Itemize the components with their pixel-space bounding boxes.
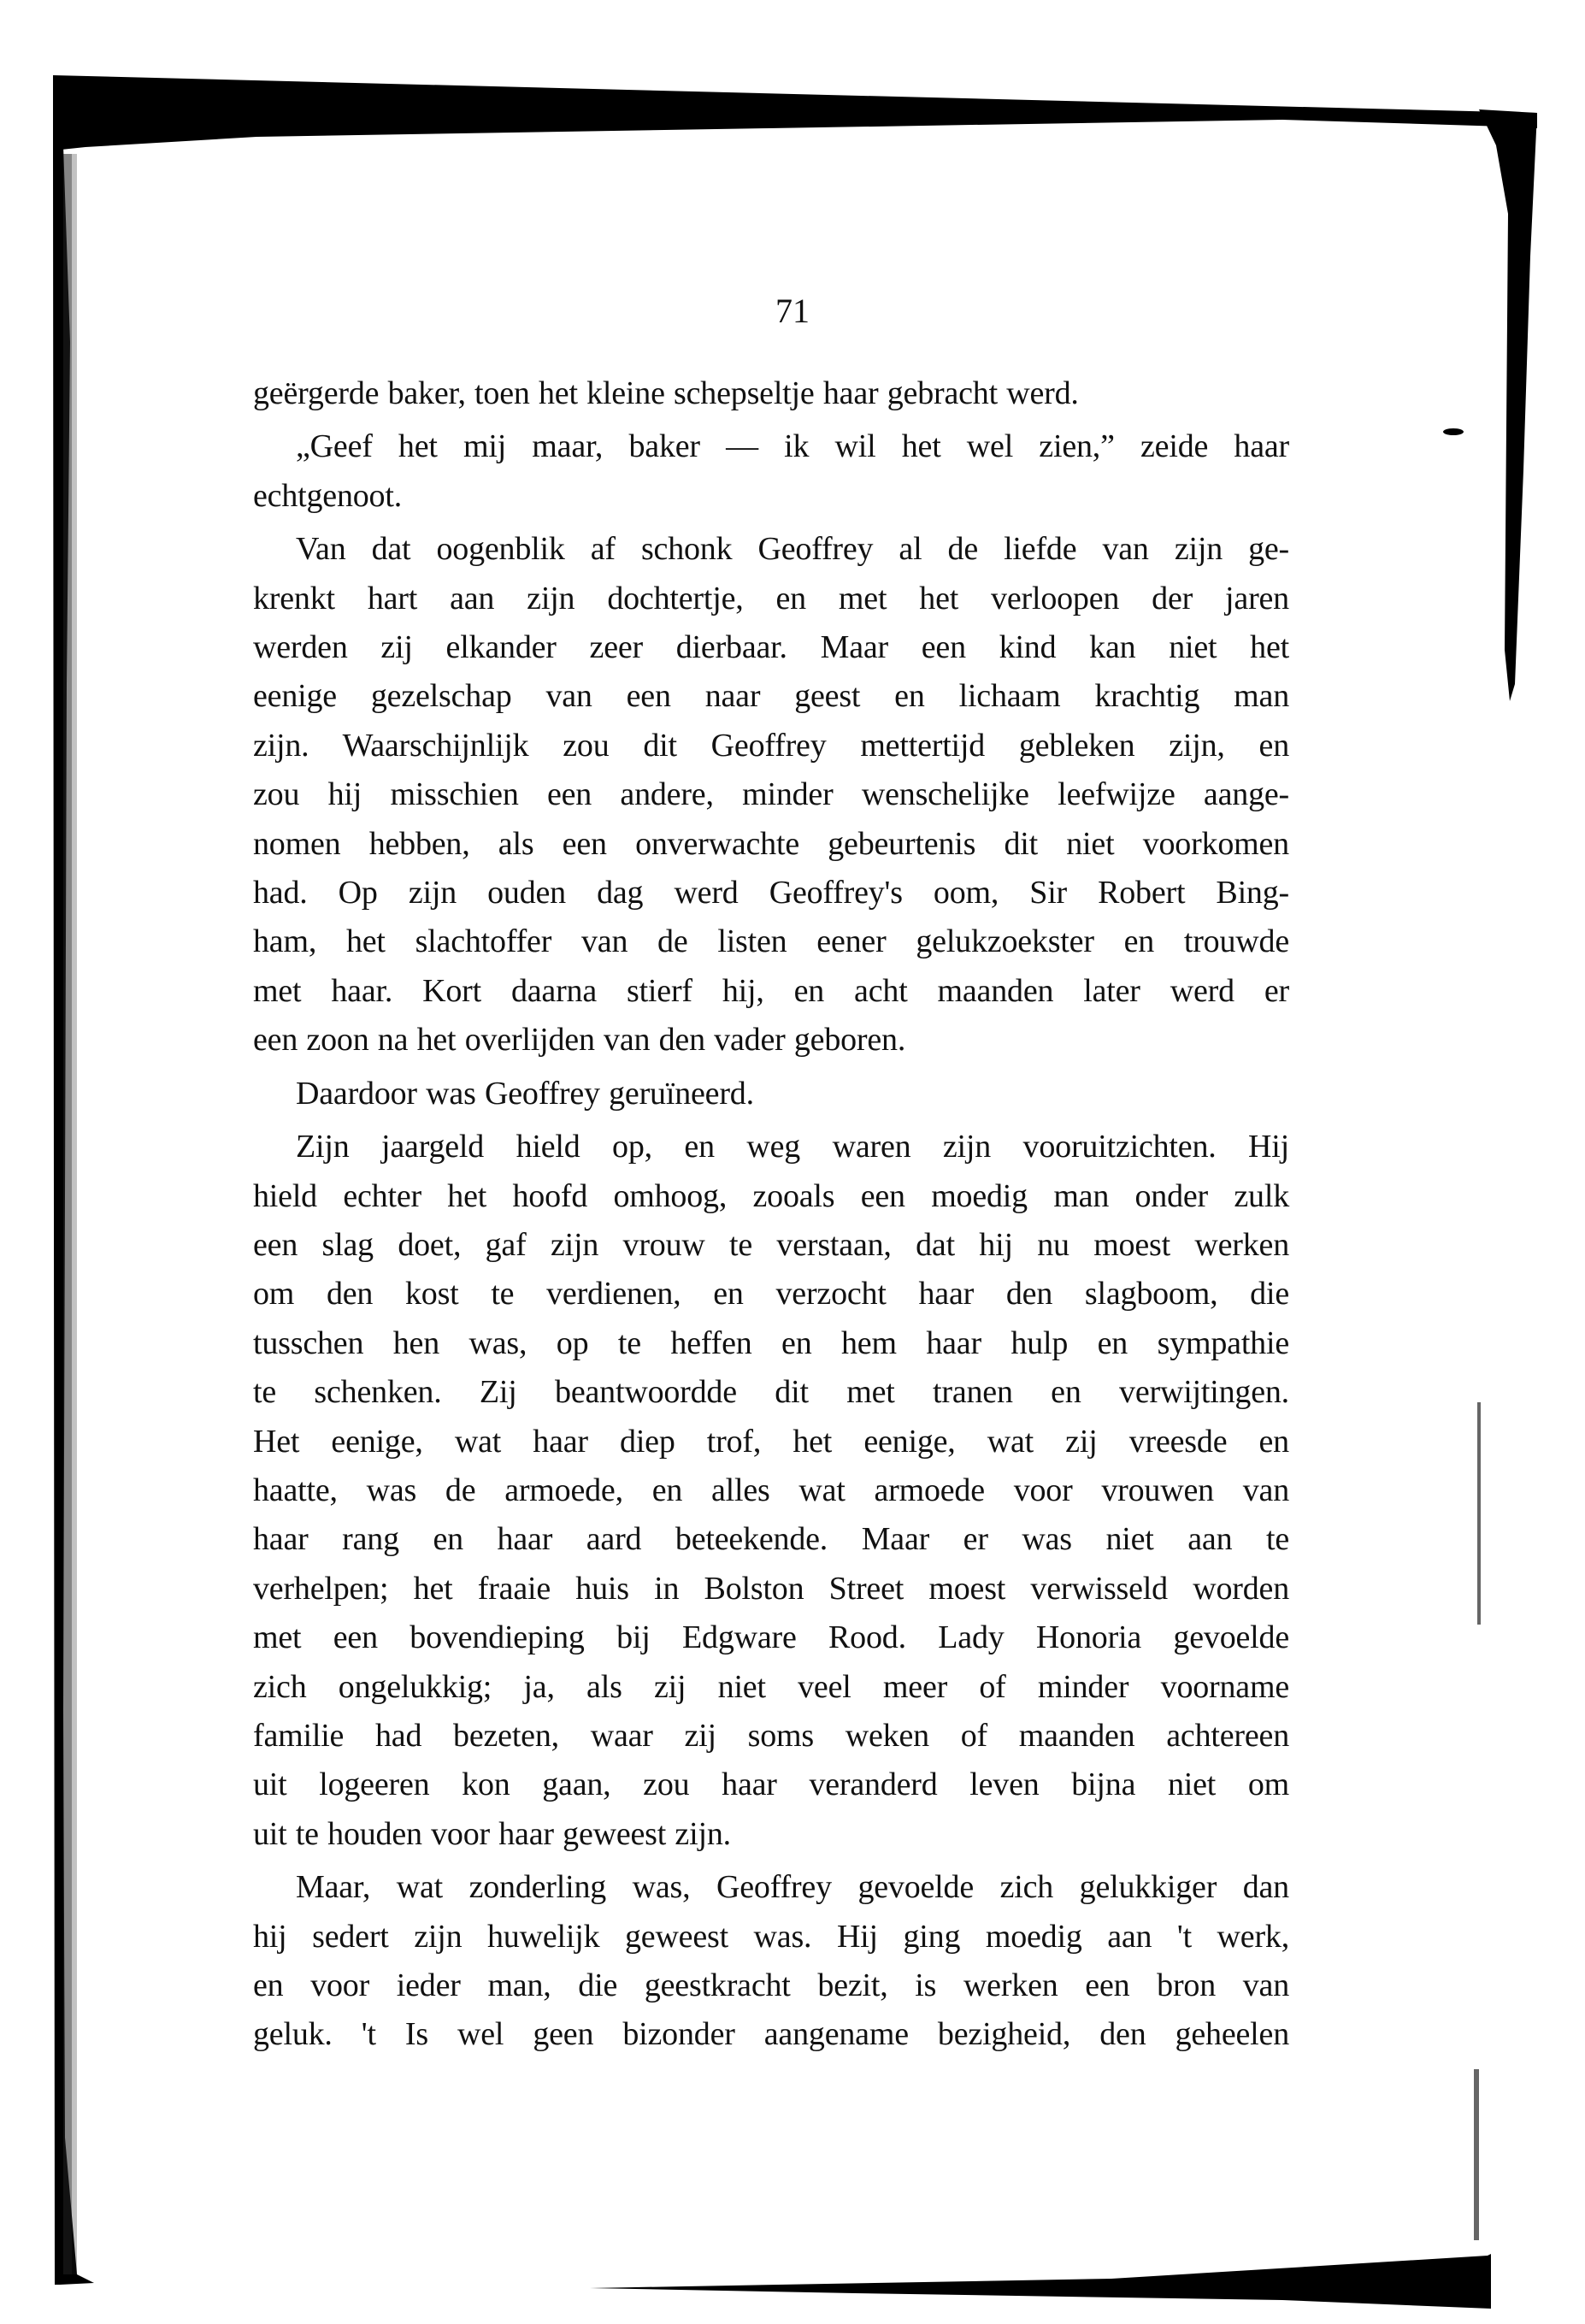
text-line: eenige gezelschap van een naar geest en …	[253, 672, 1289, 721]
text-line: uit te houden voor haar geweest zijn.	[253, 1810, 1289, 1859]
text-line: een slag doet, gaf zijn vrouw te verstaa…	[253, 1221, 1289, 1270]
paragraph: geërgerde baker, toen het kleine schepse…	[253, 369, 1289, 418]
page-number: 71	[0, 291, 1585, 331]
text-line: verhelpen; het fraaie huis in Bolston St…	[253, 1565, 1289, 1613]
top-scan-shadow	[53, 75, 1537, 150]
text-line: met een bovendieping bij Edgware Rood. L…	[253, 1613, 1289, 1662]
text-line: zijn. Waarschijnlijk zou dit Geoffrey me…	[253, 722, 1289, 770]
text-line: werden zij elkander zeer dierbaar. Maar …	[253, 623, 1289, 672]
text-line: Daardoor was Geoffrey geruïneerd.	[253, 1070, 1289, 1118]
text-line: zich ongelukkig; ja, als zij niet veel m…	[253, 1663, 1289, 1712]
paragraph: Daardoor was Geoffrey geruïneerd.	[253, 1070, 1289, 1118]
text-line: hij sedert zijn huwelijk geweest was. Hi…	[253, 1913, 1289, 1961]
text-line: om den kost te verdienen, en verzocht ha…	[253, 1270, 1289, 1318]
text-line: had. Op zijn ouden dag werd Geoffrey's o…	[253, 869, 1289, 917]
text-line: Van dat oogenblik af schonk Geoffrey al …	[253, 525, 1289, 574]
text-line: ham, het slachtoffer van de listen eener…	[253, 917, 1289, 966]
text-line: Het eenige, wat haar diep trof, het eeni…	[253, 1418, 1289, 1466]
text-line: „Geef het mij maar, baker — ik wil het w…	[253, 422, 1289, 471]
text-line: haar rang en haar aard beteekende. Maar …	[253, 1515, 1289, 1564]
paragraph: Van dat oogenblik af schonk Geoffrey al …	[253, 525, 1289, 1065]
text-line: met haar. Kort daarna stierf hij, en ach…	[253, 967, 1289, 1016]
text-line: geluk. 't Is wel geen bizonder aangename…	[253, 2010, 1289, 2059]
text-line: Zijn jaargeld hield op, en weg waren zij…	[253, 1123, 1289, 1171]
text-line: familie had bezeten, waar zij soms weken…	[253, 1712, 1289, 1761]
text-line: uit logeeren kon gaan, zou haar verander…	[253, 1761, 1289, 1809]
stray-ink-mark	[1443, 428, 1464, 435]
text-line: krenkt hart aan zijn dochtertje, en met …	[253, 575, 1289, 623]
text-line: zou hij misschien een andere, minder wen…	[253, 770, 1289, 819]
body-text: geërgerde baker, toen het kleine schepse…	[253, 369, 1289, 2064]
text-line: echtgenoot.	[253, 472, 1289, 521]
right-scan-shadow	[1479, 109, 1537, 701]
bottom-scan-shadow	[590, 2254, 1491, 2309]
text-line: Maar, wat zonderling was, Geoffrey gevoe…	[253, 1863, 1289, 1912]
text-line: tusschen hen was, op te heffen en hem ha…	[253, 1319, 1289, 1368]
paragraph: „Geef het mij maar, baker — ik wil het w…	[253, 422, 1289, 521]
text-line: geërgerde baker, toen het kleine schepse…	[253, 369, 1289, 418]
text-line: te schenken. Zij beantwoordde dit met tr…	[253, 1368, 1289, 1417]
text-line: hield echter het hoofd omhoog, zooals ee…	[253, 1172, 1289, 1221]
text-line: een zoon na het overlijden van den vader…	[253, 1016, 1289, 1065]
paragraph: Zijn jaargeld hield op, en weg waren zij…	[253, 1123, 1289, 1859]
text-line: en voor ieder man, die geestkracht bezit…	[253, 1961, 1289, 2010]
paragraph: Maar, wat zonderling was, Geoffrey gevoe…	[253, 1863, 1289, 2060]
text-line: haatte, was de armoede, en alles wat arm…	[253, 1466, 1289, 1515]
text-line: nomen hebben, als een onverwachte gebeur…	[253, 820, 1289, 869]
